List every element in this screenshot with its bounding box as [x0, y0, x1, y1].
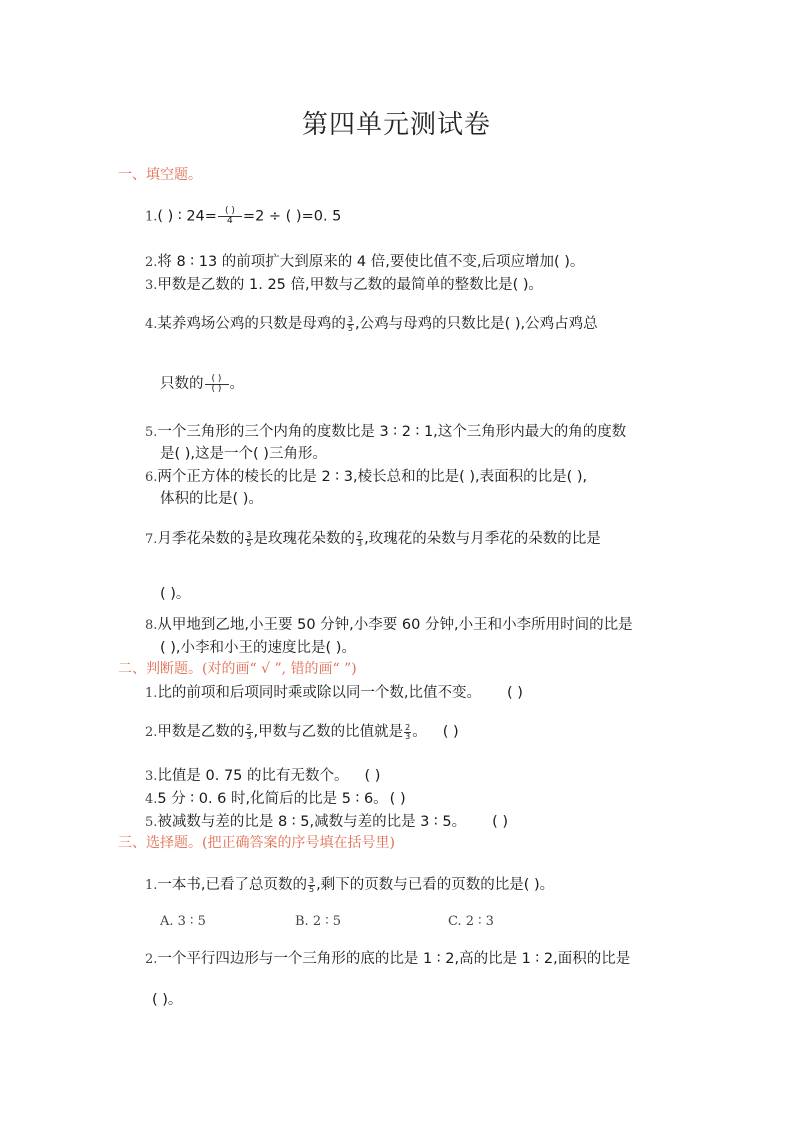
- fill-question-7-line2: ( )。: [160, 582, 190, 603]
- fraction: 35: [245, 531, 252, 548]
- fill-question-7: 7.月季花朵数的35是玫瑰花朵数的23,玫瑰花的朵数与月季花的朵数的比是: [145, 527, 601, 548]
- section-heading-true-false: 二、判断题。(对的画“ √ ”, 错的画“ ”): [118, 658, 357, 678]
- mc-question-2: 2.一个平行四边形与一个三角形的底的比是 1 ∶ 2,高的比是 1 ∶ 2,面积…: [145, 947, 630, 968]
- fraction: 23: [356, 531, 363, 548]
- option-c[interactable]: C. 2 ∶ 3: [448, 914, 494, 929]
- fill-question-8: 8.从甲地到乙地,小王要 50 分钟,小李要 60 分钟,小王和小李所用时间的比…: [145, 613, 633, 634]
- fill-question-5-line2: 是( ),这是一个( )三角形。: [160, 442, 327, 463]
- answer-bracket[interactable]: ( ): [443, 724, 459, 740]
- tf-question-4: 4.5 分 ∶ 0. 6 时,化简后的比是 5 ∶ 6。( ): [145, 787, 406, 808]
- fraction: 35: [308, 877, 315, 894]
- fill-question-6-line2: 体积的比是( )。: [160, 487, 263, 508]
- fraction: ( )4: [218, 207, 242, 226]
- question-text-after: =2 ÷ ( )=0. 5: [243, 209, 341, 225]
- section-heading-multiple-choice: 三、选择题。(把正确答案的序号填在括号里): [118, 832, 395, 852]
- tf-question-3: 3.比值是 0. 75 的比有无数个。( ): [145, 764, 380, 785]
- tf-question-1: 1.比的前项和后项同时乘或除以同一个数,比值不变。( ): [145, 681, 523, 702]
- answer-bracket[interactable]: ( ): [365, 768, 381, 784]
- fill-question-3: 3.甲数是乙数的 1. 25 倍,甲数与乙数的最简单的整数比是( )。: [145, 273, 543, 294]
- option-a[interactable]: A. 3 ∶ 5: [160, 914, 206, 929]
- tf-question-5: 5.被减数与差的比是 8 ∶ 5,减数与差的比是 3 ∶ 5。( ): [145, 810, 508, 831]
- section-heading-fill-blank: 一、填空题。: [118, 164, 202, 184]
- fraction: ( )( ): [205, 375, 229, 394]
- answer-bracket[interactable]: ( ): [390, 791, 406, 807]
- mc-question-1: 1.一本书,已看了总页数的35,剩下的页数与已看的页数的比是( )。: [145, 873, 554, 894]
- answer-bracket[interactable]: ( ): [507, 685, 523, 701]
- answer-bracket[interactable]: ( ): [492, 814, 508, 830]
- fraction: 23: [404, 724, 411, 741]
- question-number: 1.: [145, 210, 157, 225]
- page-title: 第四单元测试卷: [0, 104, 793, 141]
- fill-question-2: 2.将 8 ∶ 13 的前项扩大到原来的 4 倍,要使比值不变,后项应增加( )…: [145, 250, 584, 271]
- fill-question-1: 1.( ) ∶ 24=( )4=2 ÷ ( )=0. 5: [145, 207, 341, 226]
- fill-question-4-line2: 只数的( )( )。: [160, 372, 244, 394]
- tf-question-2: 2.甲数是乙数的23,甲数与乙数的比值就是23。( ): [145, 720, 459, 741]
- fill-question-4: 4.某养鸡场公鸡的只数是母鸡的35,公鸡与母鸡的只数比是( ),公鸡占鸡总: [145, 312, 598, 333]
- fill-question-8-line2: ( ),小李和小王的速度比是( )。: [160, 636, 356, 657]
- fraction: 23: [245, 724, 252, 741]
- fill-question-6: 6.两个正方体的棱长的比是 2 ∶ 3,棱长总和的比是( ),表面积的比是( )…: [145, 465, 587, 486]
- fraction: 35: [347, 316, 354, 333]
- option-b[interactable]: B. 2 ∶ 5: [295, 914, 341, 929]
- fill-question-5: 5.一个三角形的三个内角的度数比是 3 ∶ 2 ∶ 1,这个三角形内最大的角的度…: [145, 420, 626, 441]
- question-text: ( ) ∶ 24=: [157, 209, 217, 225]
- mc-question-2-line2: ( )。: [152, 988, 182, 1009]
